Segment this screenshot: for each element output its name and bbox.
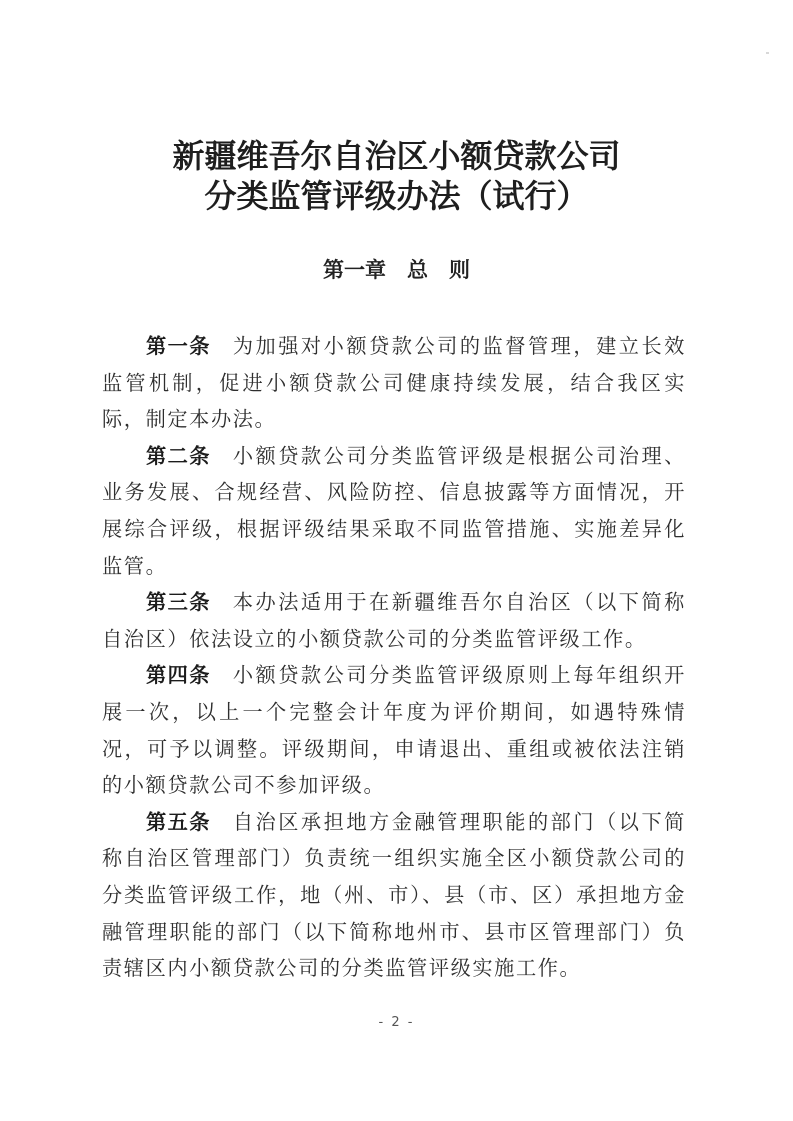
article-number: 第四条: [146, 663, 211, 687]
article-5: 第五条自治区承担地方金融管理职能的部门（以下简称自治区管理部门）负责统一组织实施…: [102, 804, 686, 987]
article-number: 第一条: [146, 334, 211, 358]
chapter-heading: 第一章 总 则: [0, 256, 793, 284]
article-4: 第四条小额贷款公司分类监管评级原则上每年组织开展一次，以上一个完整会计年度为评价…: [102, 657, 686, 803]
article-number: 第五条: [146, 810, 211, 834]
article-3: 第三条本办法适用于在新疆维吾尔自治区（以下简称自治区）依法设立的小额贷款公司的分…: [102, 584, 686, 657]
document-body: 第一条为加强对小额贷款公司的监督管理，建立长效监管机制，促进小额贷款公司健康持续…: [102, 328, 686, 987]
article-number: 第三条: [146, 590, 211, 614]
article-2: 第二条小额贷款公司分类监管评级是根据公司治理、业务发展、合规经营、风险防控、信息…: [102, 438, 686, 584]
title-line-2: 分类监管评级办法（试行）: [0, 176, 793, 216]
title-line-1: 新疆维吾尔自治区小额贷款公司: [0, 136, 793, 176]
page-number: - 2 -: [0, 1015, 793, 1030]
document-page: 新疆维吾尔自治区小额贷款公司 分类监管评级办法（试行） 第一章 总 则 第一条为…: [0, 0, 793, 1121]
document-title: 新疆维吾尔自治区小额贷款公司 分类监管评级办法（试行）: [0, 136, 793, 216]
article-text: 自治区承担地方金融管理职能的部门（以下简称自治区管理部门）负责统一组织实施全区小…: [102, 810, 686, 980]
article-1: 第一条为加强对小额贷款公司的监督管理，建立长效监管机制，促进小额贷款公司健康持续…: [102, 328, 686, 438]
article-number: 第二条: [146, 444, 211, 468]
scan-mark: [766, 52, 769, 54]
